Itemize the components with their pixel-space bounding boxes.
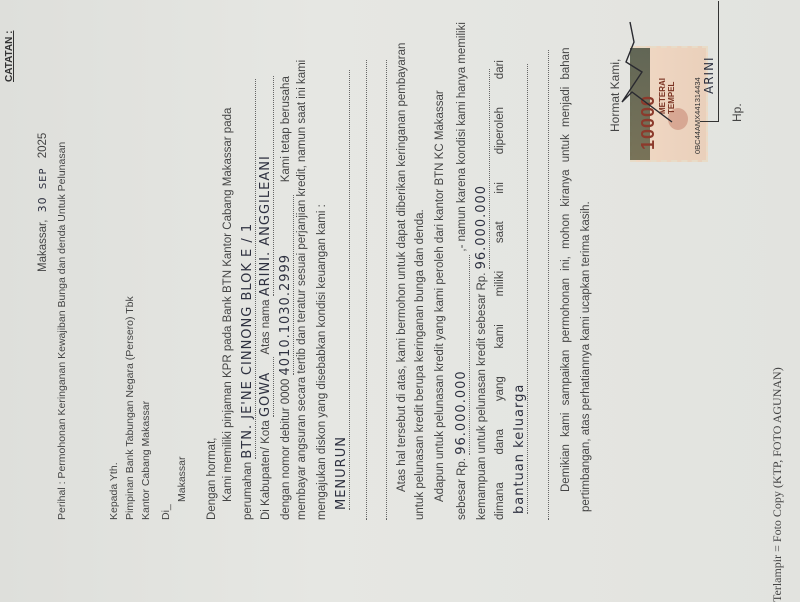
signature-scribble-icon bbox=[612, 12, 682, 132]
housing-field: BTN. JE'NE CINNONG BLOK E / 1 bbox=[240, 79, 256, 459]
para1-housing: perumahan BTN. JE'NE CINNONG BLOK E / 1 bbox=[240, 79, 256, 520]
debtor-number-field: 4010.1030.2999 bbox=[278, 195, 294, 375]
para1-reason: MENURUN bbox=[334, 70, 350, 510]
para3-line1: Adapun untuk pelunasan kredit yang kami … bbox=[434, 90, 446, 502]
phone-label: Hp. bbox=[730, 103, 744, 122]
closing-line1: Demikian kami sampaikan permohonan ini, … bbox=[560, 48, 572, 492]
para1-line1: Kami memiliki pinjaman KPR pada Bank BTN… bbox=[222, 62, 234, 502]
closing-line2: pertimbangan, atas perhatiannya kami uca… bbox=[580, 201, 592, 512]
para1-line6: mengajukan diskon yang disebabkan kondis… bbox=[316, 204, 328, 520]
reason-field: MENURUN bbox=[334, 70, 350, 510]
notes-label: CATATAN : bbox=[4, 31, 15, 82]
recipient-line: Kepada Yth. bbox=[108, 462, 120, 520]
source-field: bantuan keluarga bbox=[512, 64, 528, 514]
name-field: ARINI. ANGGILEANI bbox=[258, 76, 274, 296]
district-field: GOWA bbox=[258, 357, 274, 417]
recipient-line: Pimpinan Bank Tabungan Negara (Persero) … bbox=[124, 296, 136, 520]
para2-line2: untuk pelunasan kredit berupa keringanan… bbox=[414, 209, 426, 520]
greeting: Dengan hormat, bbox=[206, 438, 218, 520]
amount1-field: 96.000.000 bbox=[454, 255, 470, 455]
para3-amount1: sebesar Rp. 96.000.000 ,- namun karena k… bbox=[454, 22, 470, 520]
recipient-line: Di_ bbox=[160, 504, 172, 520]
para3-line4: dimana dana yang kami miliki saat ini di… bbox=[494, 60, 506, 520]
para1-district: Di Kabupaten/ Kota GOWA Atas nama ARINI.… bbox=[258, 76, 274, 520]
subject-line: Perihal : Permohonan Keringanan Kewajiba… bbox=[56, 142, 68, 520]
letter-page: CATATAN : Makassar, 30 SEP 2025 Perihal … bbox=[0, 0, 800, 602]
recipient-line: Kantor Cabang Makassar bbox=[140, 401, 152, 520]
para3-source: bantuan keluarga bbox=[512, 64, 528, 514]
attachment-note: Terlampir = Foto Copy (KTP, FOTO AGUNAN) bbox=[770, 367, 785, 602]
para1-debtor: dengan nomor debitur 0000 4010.1030.2999… bbox=[278, 76, 294, 520]
recipient-line: Makassar bbox=[176, 456, 188, 502]
blank-line bbox=[540, 50, 552, 520]
para1-line5: membayar angsuran secara tertib dan tera… bbox=[296, 60, 308, 520]
blank-line bbox=[378, 60, 390, 520]
place-date: Makassar, 30 SEP 2025 bbox=[36, 133, 49, 272]
blank-line bbox=[358, 60, 370, 520]
amount2-field: 96.000.000 bbox=[474, 69, 490, 269]
para3-amount2: kemampuan untuk pelunasan kredit sebesar… bbox=[474, 69, 490, 520]
para2-line1: Atas hal tersebut di atas, kami bermohon… bbox=[396, 43, 408, 492]
signer-name: ARINI bbox=[702, 56, 716, 94]
